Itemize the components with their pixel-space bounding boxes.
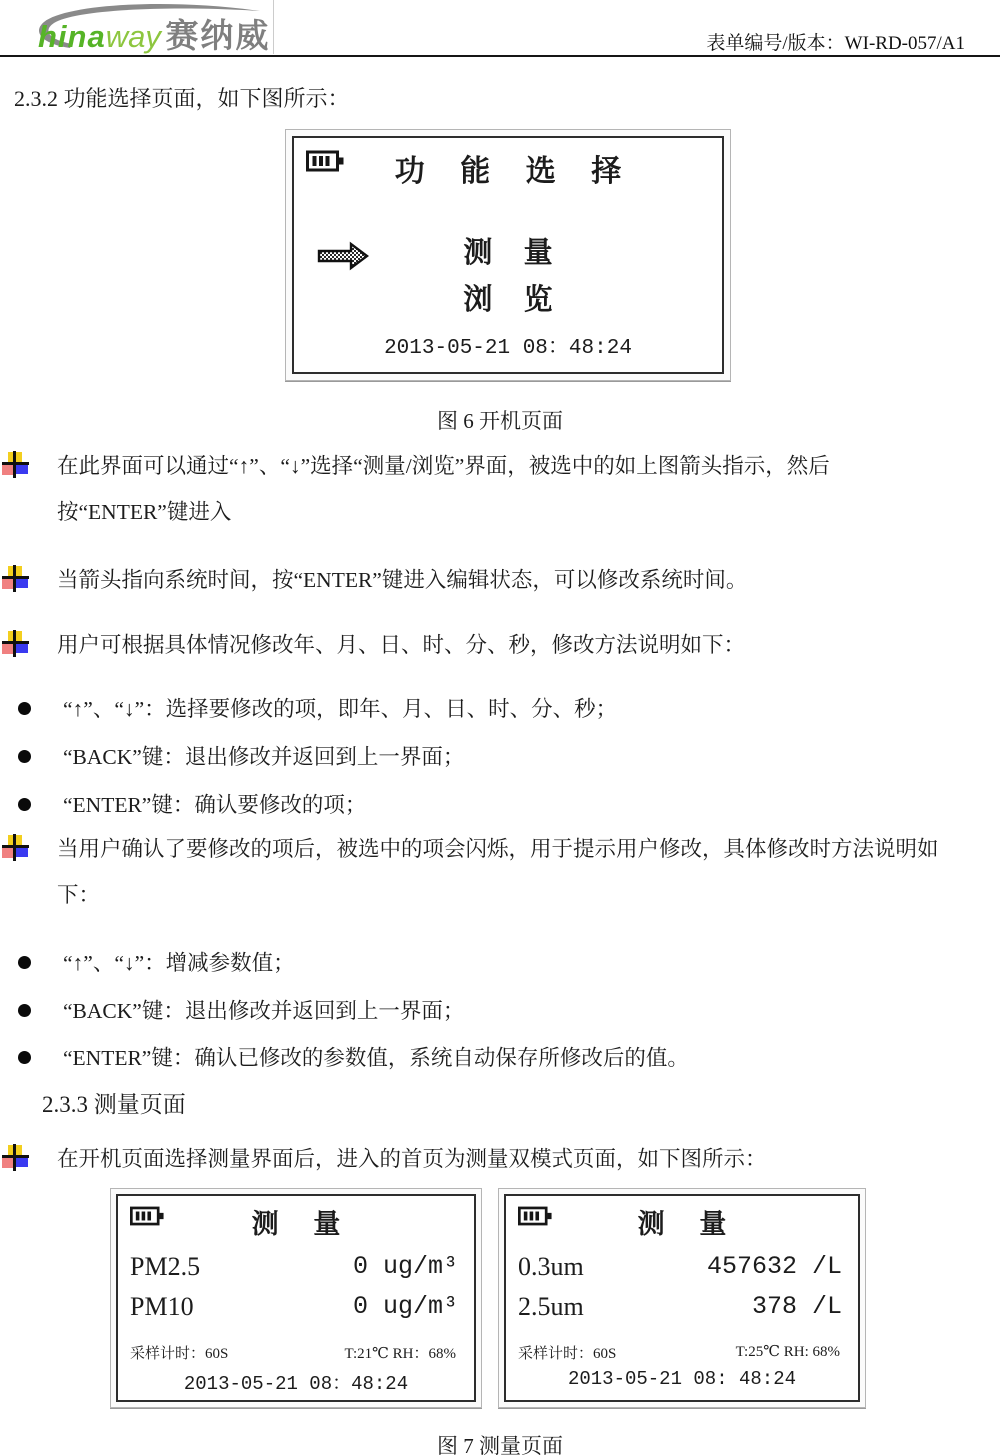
menu-item-measure: 测 量	[294, 230, 722, 271]
flag-bullet-icon	[2, 1144, 30, 1172]
screen-datetime: 2013-05-21 08：48:24	[118, 1368, 474, 1395]
figure7-caption: 图 7 测量页面	[0, 1430, 1000, 1456]
list-item-text: “BACK”键：退出修改并返回到上一界面；	[63, 734, 943, 780]
list-item-text: 当箭头指向系统时间，按“ENTER”键进入编辑状态，可以修改系统时间。	[57, 557, 957, 603]
screen-title: 测 量	[118, 1202, 474, 1241]
logo-text: hinaway 赛纳威	[38, 10, 270, 57]
list-item: 当箭头指向系统时间，按“ENTER”键进入编辑状态，可以修改系统时间。	[2, 557, 958, 603]
round-bullet-icon	[18, 956, 31, 969]
measurement-value: 0 ug/m³	[353, 1252, 458, 1282]
round-bullet-icon	[18, 750, 31, 763]
round-bullet-icon	[18, 1004, 31, 1017]
list-item-text: 在此界面可以通过“↑”、“↓”选择“测量/浏览”界面，被选中的如上图箭头指示，然…	[57, 443, 957, 535]
list-item: 在此界面可以通过“↑”、“↓”选择“测量/浏览”界面，被选中的如上图箭头指示，然…	[2, 443, 958, 535]
screen-title: 测 量	[506, 1202, 858, 1241]
flag-bullet-icon	[2, 630, 30, 658]
sampling-time: 采样计时：60S	[130, 1342, 228, 1363]
list-item: “ENTER”键：确认已修改的参数值，系统自动保存所修改后的值。	[18, 1035, 958, 1081]
measurement-label: 0.3um	[518, 1252, 584, 1282]
list-item-text: “↑”、“↓”：选择要修改的项，即年、月、日、时、分、秒；	[63, 686, 943, 732]
screen-status-bar: 采样计时：60S T:25℃ RH: 68%	[506, 1342, 858, 1363]
figure6-caption: 图 6 开机页面	[0, 405, 1000, 435]
menu-item-browse: 浏 览	[294, 277, 722, 318]
logo-cn-name: 赛纳威	[165, 17, 270, 54]
list-item: “BACK”键：退出修改并返回到上一界面；	[18, 988, 958, 1034]
measurement-row: 2.5um 378 /L	[506, 1292, 858, 1322]
measurement-value: 457632 /L	[707, 1252, 842, 1282]
measurement-row: PM10 0 ug/m³	[118, 1292, 474, 1322]
screen-status-bar: 采样计时：60S T:21℃ RH：68%	[118, 1342, 474, 1363]
figure6-screen: 功 能 选 择 测 量 浏 览 2013-05-21 08：48:24	[285, 129, 731, 381]
manual-page: hinaway 赛纳威 表单编号/版本：WI-RD-057/A1 2.3.2 功…	[0, 0, 1000, 1456]
logo-hina: hina	[38, 19, 106, 54]
flag-bullet-icon	[2, 565, 30, 593]
list-item: “BACK”键：退出修改并返回到上一界面；	[18, 734, 958, 780]
measurement-label: 2.5um	[518, 1292, 584, 1322]
round-bullet-icon	[18, 1051, 31, 1064]
flag-bullet-icon	[2, 451, 30, 479]
list-item: “↑”、“↓”：选择要修改的项，即年、月、日、时、分、秒；	[18, 686, 958, 732]
figure7-screen-count: 测 量 0.3um 457632 /L 2.5um 378 /L 采样计时：60…	[498, 1188, 866, 1408]
screen-datetime: 2013-05-21 08：48:24	[294, 330, 722, 360]
list-item: “ENTER”键：确认要修改的项；	[18, 782, 958, 828]
list-item: “↑”、“↓”：增减参数值；	[18, 940, 958, 986]
screen-datetime: 2013-05-21 08: 48:24	[506, 1368, 858, 1390]
list-item-text: “BACK”键：退出修改并返回到上一界面；	[63, 988, 943, 1034]
measurement-row: 0.3um 457632 /L	[506, 1252, 858, 1282]
logo-way: way	[106, 19, 161, 54]
header-divider	[273, 0, 274, 54]
measurement-label: PM2.5	[130, 1252, 200, 1282]
section-232-title: 2.3.2 功能选择页面，如下图所示：	[14, 82, 350, 113]
figure7-screen-pm: 测 量 PM2.5 0 ug/m³ PM10 0 ug/m³ 采样计时：60S …	[110, 1188, 482, 1408]
measurement-value: 0 ug/m³	[353, 1292, 458, 1322]
screen-title: 功 能 选 择	[294, 146, 722, 190]
list-item-text: 用户可根据具体情况修改年、月、日、时、分、秒，修改方法说明如下：	[57, 622, 957, 668]
temp-humidity: T:25℃ RH: 68%	[736, 1342, 840, 1363]
list-item: 当用户确认了要修改的项后，被选中的项会闪烁，用于提示用户修改，具体修改时方法说明…	[2, 826, 958, 918]
figure7-pm-inner: 测 量 PM2.5 0 ug/m³ PM10 0 ug/m³ 采样计时：60S …	[116, 1194, 476, 1402]
list-item-text: “↑”、“↓”：增减参数值；	[63, 940, 943, 986]
header-rule	[0, 55, 1000, 57]
list-item-text: 在开机页面选择测量界面后，进入的首页为测量双模式页面，如下图所示：	[57, 1136, 957, 1182]
round-bullet-icon	[18, 702, 31, 715]
temp-humidity: T:21℃ RH：68%	[345, 1342, 456, 1363]
round-bullet-icon	[18, 798, 31, 811]
measurement-row: PM2.5 0 ug/m³	[118, 1252, 474, 1282]
flag-bullet-icon	[2, 834, 30, 862]
measurement-label: PM10	[130, 1292, 194, 1322]
list-item: 在开机页面选择测量界面后，进入的首页为测量双模式页面，如下图所示：	[2, 1136, 958, 1182]
list-item-text: 当用户确认了要修改的项后，被选中的项会闪烁，用于提示用户修改，具体修改时方法说明…	[57, 826, 957, 918]
figure7-count-inner: 测 量 0.3um 457632 /L 2.5um 378 /L 采样计时：60…	[504, 1194, 860, 1402]
list-item: 用户可根据具体情况修改年、月、日、时、分、秒，修改方法说明如下：	[2, 622, 958, 668]
sampling-time: 采样计时：60S	[518, 1342, 616, 1363]
list-item-text: “ENTER”键：确认已修改的参数值，系统自动保存所修改后的值。	[63, 1035, 943, 1081]
section-233-title: 2.3.3 测量页面	[42, 1086, 186, 1119]
chinaway-logo: hinaway 赛纳威	[8, 2, 276, 52]
figure6-screen-inner: 功 能 选 择 测 量 浏 览 2013-05-21 08：48:24	[292, 136, 724, 374]
form-number: 表单编号/版本：WI-RD-057/A1	[706, 28, 965, 55]
list-item-text: “ENTER”键：确认要修改的项；	[63, 782, 943, 828]
measurement-value: 378 /L	[752, 1292, 842, 1322]
